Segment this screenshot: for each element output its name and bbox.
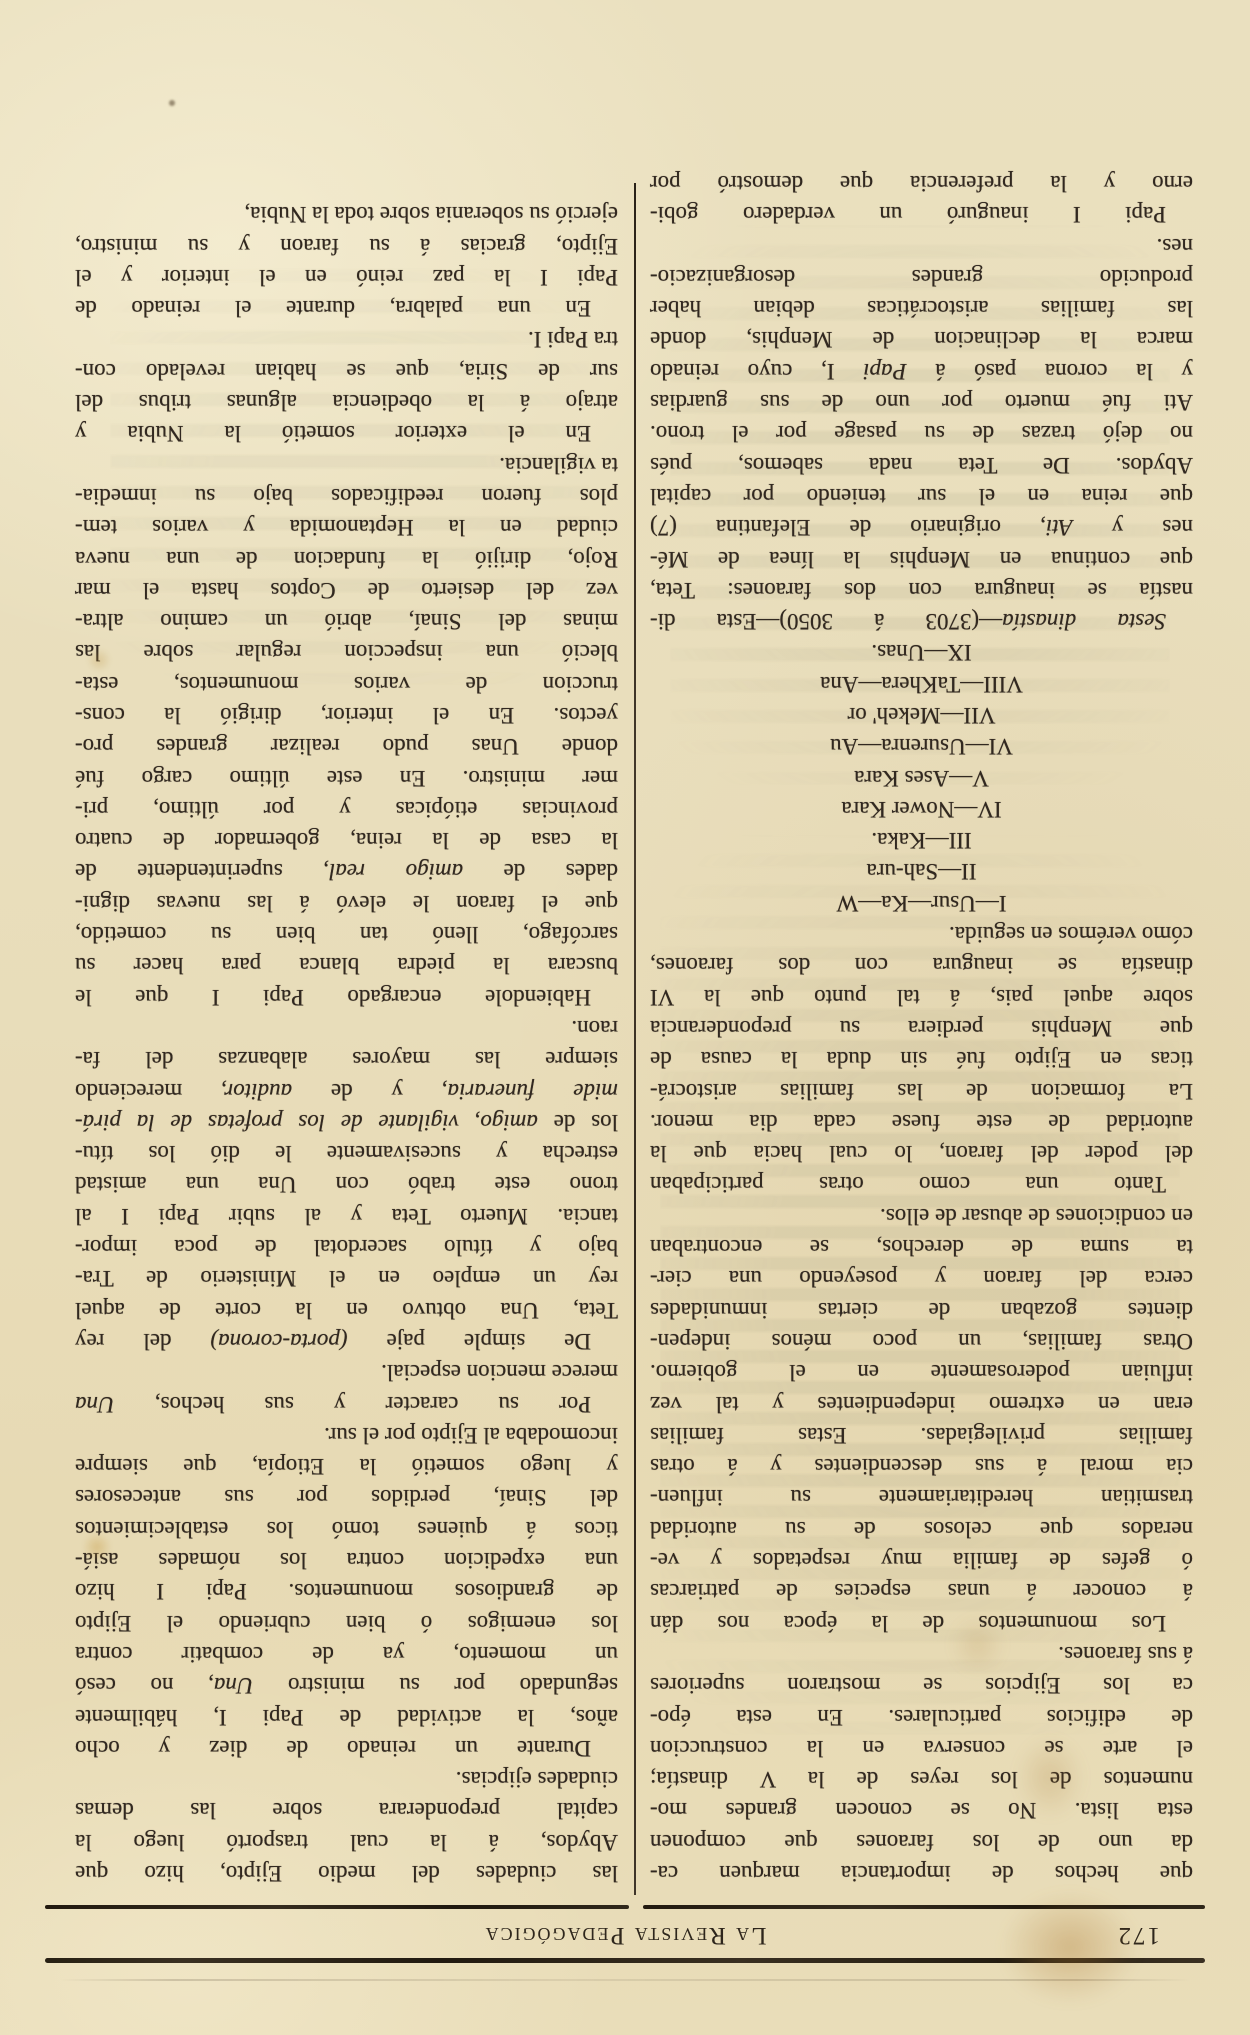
text-line: que continua en Menphis la línea de Mé- [650, 543, 1193, 574]
text-line: de grandiosos monumentos. Papi I hizo [75, 1576, 618, 1607]
text-line: en condiciones de abusar de ellos. [650, 1200, 1193, 1231]
text-line: no dejó trazas de su pasage por el trono… [650, 418, 1193, 449]
text-line: merece mencion especial. [75, 1357, 618, 1388]
text-line: En una palabra, durante el reinado de [75, 293, 618, 324]
text-line: da uno de los faraones que componen [650, 1826, 1193, 1857]
text-line: ó gefes de familia muy respetados y ve- [650, 1545, 1193, 1576]
column-left: que hechos de importancia marquen ca-da … [650, 168, 1193, 1889]
masthead: 172 La Revista Pedagógica [0, 1913, 1250, 1951]
text-line: un momento, ya de combatir contra [75, 1639, 618, 1670]
text-line: tancia. Muerto Teta y al subir Papi I al [75, 1200, 618, 1231]
text-line: Tanto una como otras participaban [650, 1169, 1193, 1200]
ghost-rule [60, 1979, 1190, 1981]
text-line: Abydos. De Teta nada sabemos, pués [650, 449, 1193, 480]
text-line: erno y la preferencia que demostró por [650, 168, 1193, 199]
text-line: y la corona pasó á Papi I, cuyo reinado [650, 355, 1193, 386]
text-line: cia moral á sus descendientes y á otras [650, 1451, 1193, 1482]
text-line: mer ministro. En este último cargo fué [75, 762, 618, 793]
text-line: dinastía se inaugura con dos faraones, [650, 950, 1193, 981]
text-line: dades de amigo real, superintendente de [75, 856, 618, 887]
text-line: mide funeraria, y de auditor, mereciendo [75, 1075, 618, 1106]
text-line: que Menphis perdiera su preponderancia [650, 1013, 1193, 1044]
text-line: provincias etiópicas y por último, pri- [75, 794, 618, 825]
printed-sheet-rotated-180: 172 La Revista Pedagógica que hechos de … [0, 0, 1250, 2035]
text-line: influian poderosamente en el gobierno. [650, 1357, 1193, 1388]
text-line: producido grandes desorganizacio- [650, 262, 1193, 293]
text-body: que hechos de importancia marquen ca-da … [75, 168, 1193, 1889]
text-line: VII—Mekeh' or [650, 700, 1193, 731]
column-right: las ciudades del medio Ejipto, hizo queA… [75, 168, 618, 1889]
text-line: de edificios particulares. En esta épo- [650, 1701, 1193, 1732]
text-line: ticas en Ejipto fué sin duda la causa de [650, 1044, 1193, 1075]
text-line: III—Kaka. [650, 825, 1193, 856]
text-line: buscara la piedra blanca para hacer su [75, 950, 618, 981]
text-line: que reina en el sur teniendo por capital [650, 481, 1193, 512]
text-line: plos fueron reedificados bajo su inmedia… [75, 481, 618, 512]
text-line: Rojo, dirijió la fundacion de una nueva [75, 543, 618, 574]
text-line: ticos á quienes tomó los establecimiento… [75, 1513, 618, 1544]
text-line: familias privilegiadas. Estas familias [650, 1420, 1193, 1451]
text-line: II—Sah-ura [650, 856, 1193, 887]
text-line: incomodaba al Ejipto por el sur. [75, 1420, 618, 1451]
text-line: del Sinaí, perdidos por sus antecesores [75, 1482, 618, 1513]
header-rule-right [45, 1905, 629, 1909]
text-line: vez del desierto de Coptos hasta el mar [75, 575, 618, 606]
text-line: Sesta dinastía—(3703 á 3050)—Esta di- [650, 606, 1193, 637]
text-line: IV—Nower Kara [650, 794, 1193, 825]
text-line: De simple paje (porta-corona) del rey [75, 1326, 618, 1357]
text-line: Teta, Una obtuvo en la corte de aquel [75, 1294, 618, 1325]
text-line: bleció una inspeccion regular sobre las [75, 637, 618, 668]
text-line: Otras familias, un poco ménos indepen- [650, 1326, 1193, 1357]
text-line: rey un empleo en el Ministerio de Tra- [75, 1263, 618, 1294]
text-line: capital preponderara sobre las demas [75, 1795, 618, 1826]
journal-title: La Revista Pedagógica [0, 1921, 1250, 1949]
text-line: En el exterior sometió la Nubia y [75, 418, 618, 449]
text-line: del poder del faraon, lo cual hacia que … [650, 1138, 1193, 1169]
text-line: ejerció su soberania sobre toda la Nubia… [75, 199, 618, 230]
text-line: Ejipto, gracias á su faraon y su ministr… [75, 230, 618, 261]
text-line: el arte se conserva en la construccion [650, 1733, 1193, 1764]
text-line: cómo verémos en seguida. [650, 919, 1193, 950]
text-line: Los monumentos de la época nos dán [650, 1607, 1193, 1638]
text-line: á sus faraones. [650, 1639, 1193, 1670]
text-line: los de amigo, vigilante de los profetas … [75, 1107, 618, 1138]
text-line: La formacion de las familias aristocrá- [650, 1075, 1193, 1106]
text-line: estrecha y sucesivamente le dió los títu… [75, 1138, 618, 1169]
text-line: ciudades ejipcias. [75, 1764, 618, 1795]
text-line: sobre aquel pais, á tal punto que la VI [650, 981, 1193, 1012]
text-line: nerados que celosos de su autoridad [650, 1513, 1193, 1544]
text-line: á conocer á unas especies de patriarcas [650, 1576, 1193, 1607]
top-rule [45, 1958, 1205, 1963]
text-line: nes. [650, 230, 1193, 261]
text-line: segundado por su ministro Una, no cesó [75, 1670, 618, 1701]
text-line: ca los Ejipcios se mostraron superiores [650, 1670, 1193, 1701]
text-line: truccion de varios monumentos, esta- [75, 668, 618, 699]
text-line: yectos. En el interior, dirigió la cons- [75, 700, 618, 731]
text-line: nastía se inaugura con dos faraones: Tet… [650, 575, 1193, 606]
text-line: VIII—TaKhera—Ana [650, 668, 1193, 699]
text-line: numentos de los reyes de la V dinastía; [650, 1764, 1193, 1795]
text-line: Habiendole encargado Papi I que le [75, 981, 618, 1012]
text-line: cerca del faraon y poseyendo una cier- [650, 1263, 1193, 1294]
text-line: atrajo á la obediencia algunas tribus de… [75, 387, 618, 418]
text-line: esta lista. No se conocen grandes mo- [650, 1795, 1193, 1826]
text-line: nes y Ati, originario de Elefantina (7) [650, 512, 1193, 543]
text-line: IX—Unas. [650, 637, 1193, 668]
text-line: Por su caracter y sus hechos, Una [75, 1388, 618, 1419]
text-line: Abydos, á la cual trasportó luego la [75, 1826, 618, 1857]
text-line: tra Papi I. [75, 324, 618, 355]
text-line: que el faraon le elevó á las nuevas dign… [75, 888, 618, 919]
text-line: siempre las mayores alabanzas del fa- [75, 1044, 618, 1075]
text-line: V—Ases Kara [650, 762, 1193, 793]
text-line: donde Unas pudo realizar grandes pro- [75, 731, 618, 762]
text-line: autoridad de este fuese cada dia menor. [650, 1107, 1193, 1138]
text-line: una expedicion contra los nómades asiá- [75, 1545, 618, 1576]
text-line: ta vigilancia. [75, 449, 618, 480]
text-line: I—Usur—Ka—W [650, 888, 1193, 919]
text-line: Durante un reinado de diez y ocho [75, 1733, 618, 1764]
text-line: trasmitian hereditariamente su influen- [650, 1482, 1193, 1513]
text-line: las familias aristocráticas debian haber [650, 293, 1193, 324]
text-line: que hechos de importancia marquen ca- [650, 1858, 1193, 1889]
text-line: la casa de la reina, gobernador de cuatr… [75, 825, 618, 856]
text-line: sur de Siria, que se habian revelado con… [75, 355, 618, 386]
text-line: raon. [75, 1013, 618, 1044]
text-line: marca la declinacion de Menphis, donde [650, 324, 1193, 355]
text-line: VI—Usurenra—Au [650, 731, 1193, 762]
text-line: Ati fué muerto por uno de sus guardias [650, 387, 1193, 418]
text-line: y luego sometió la Etiopía, que siempre [75, 1451, 618, 1482]
text-line: Papi I inauguró un verdadero gobi- [650, 199, 1193, 230]
text-line: Papi I la paz reinó en el interior y el [75, 262, 618, 293]
text-line: años, la actividad de Papi I, hábilmente [75, 1701, 618, 1732]
text-line: bajo y título sacerdotal de poca impor- [75, 1232, 618, 1263]
text-line: sarcófago, llenó tan bien su cometido, [75, 919, 618, 950]
text-line: dientes gozaban de ciertas inmunidades [650, 1294, 1193, 1325]
scanned-page: 172 La Revista Pedagógica que hechos de … [0, 0, 1250, 2035]
text-line: las ciudades del medio Ejipto, hizo que [75, 1858, 618, 1889]
text-line: ciudad en la Heptanomida y varios tem- [75, 512, 618, 543]
text-line: trono este trabó con Una una amistad [75, 1169, 618, 1200]
text-line: minas del Sinaí, abrió un camino altra- [75, 606, 618, 637]
text-line: los enemigos ó bien cubriendo el Ejipto [75, 1607, 618, 1638]
text-line: eran en extremo independientes y tal vez [650, 1388, 1193, 1419]
header-rule-left [643, 1905, 1205, 1909]
text-line: ta suma de derechos, se encontraban [650, 1232, 1193, 1263]
